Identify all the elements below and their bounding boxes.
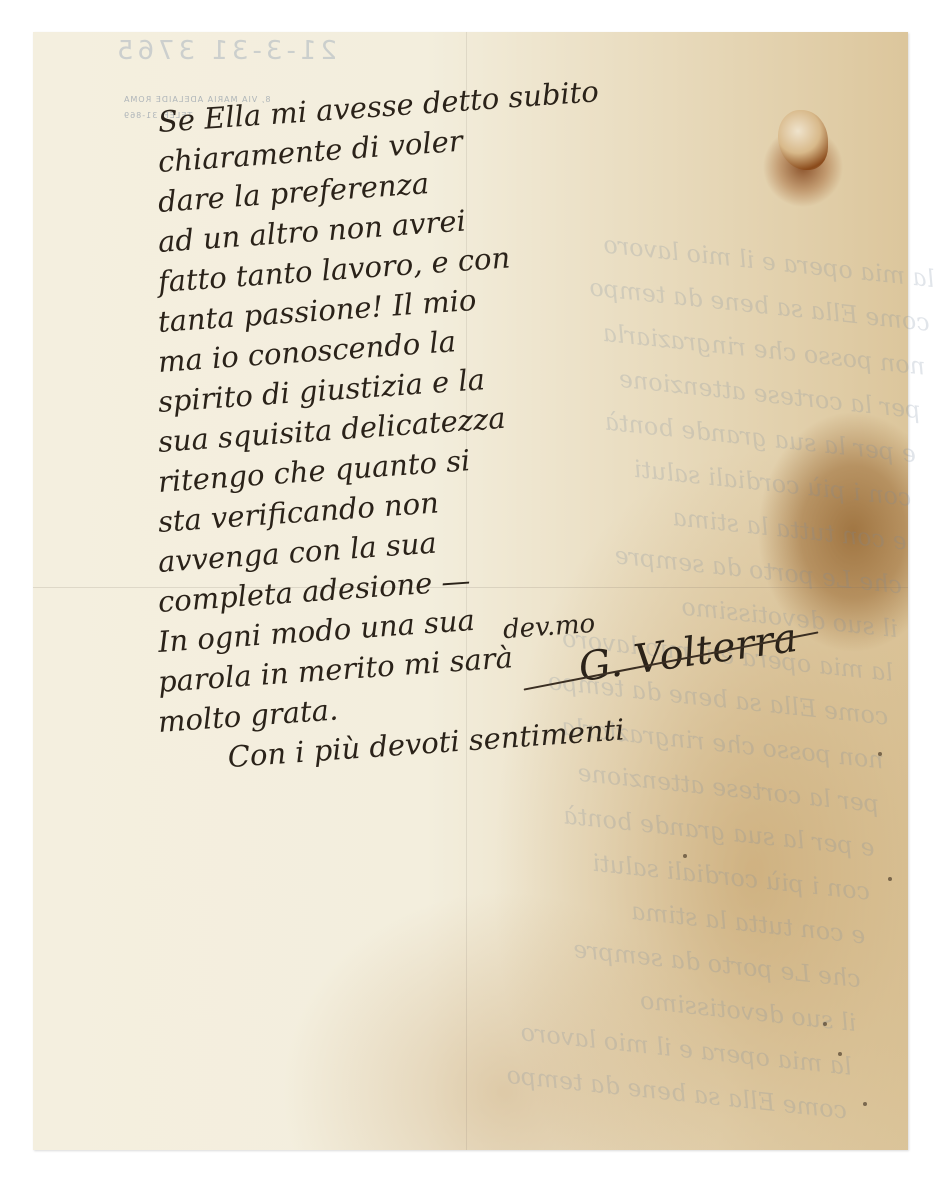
letter-page: 21-3-31 3765 8, VIA MARIA ADELAIDE ROMA …	[33, 32, 908, 1150]
mirrored-pencil-mark: 21-3-31 3765	[113, 36, 337, 66]
letter-body: Se Ella mi avesse detto subito chiaramen…	[158, 102, 878, 782]
closing-abbreviation: dev.mo	[502, 609, 596, 645]
